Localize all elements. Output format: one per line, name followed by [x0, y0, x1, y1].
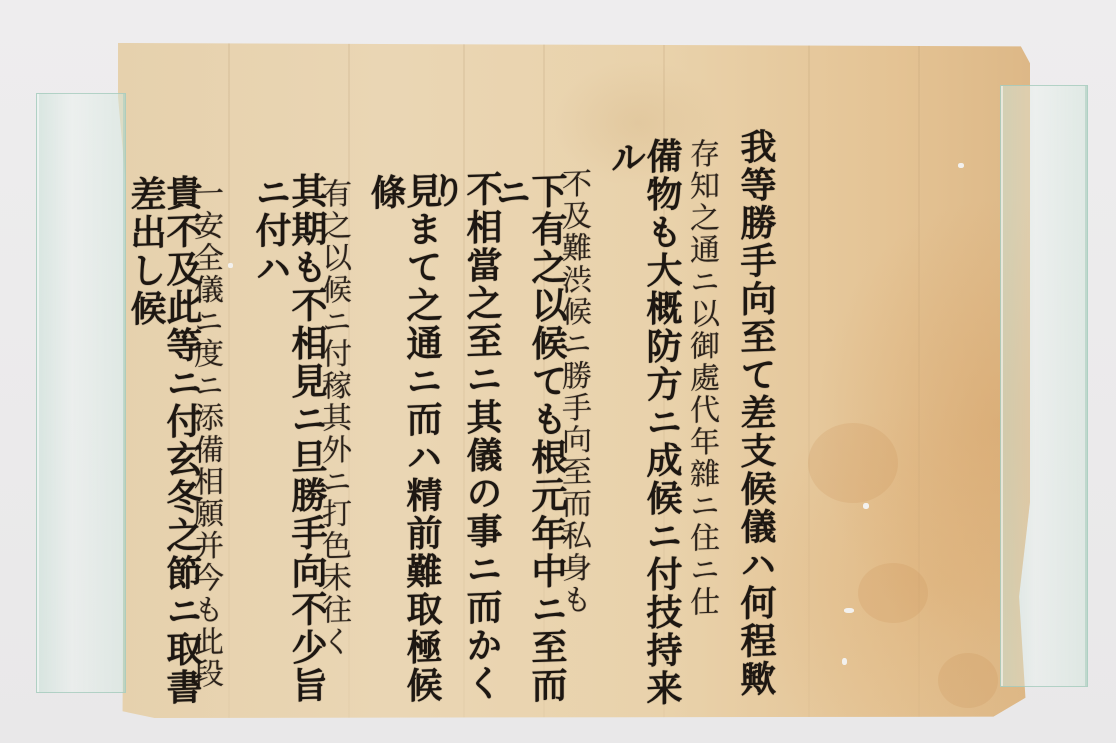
text-column: 見まて之通ニ而ハ精前難取極候條 [368, 172, 440, 720]
text-column: 下有之以候ても根元年中ニ至而ニ [493, 172, 565, 720]
handwritten-text: 我等勝手向至て差支候儀ハ何程歟 存知之通ニ以御處代年雜ニ住ニ仕 備物も大概防方ニ… [118, 43, 1030, 718]
glass-plate-left [36, 93, 126, 693]
text-column: 貴不及此等ニ付玄冬之節ニ取書差出し候 [128, 174, 200, 720]
glass-plate-right [1000, 85, 1088, 687]
text-column: 備物も大概防方ニ成候ニ付技持来ル [608, 137, 680, 720]
text-column: 存知之通ニ以御處代年雜ニ住ニ仕 [686, 137, 716, 618]
text-column: 我等勝手向至て差支候儀ハ何程歟 [738, 127, 774, 698]
text-column: 其期も不相見ニ旦勝手向不少旨ニ付ハ [253, 172, 325, 720]
